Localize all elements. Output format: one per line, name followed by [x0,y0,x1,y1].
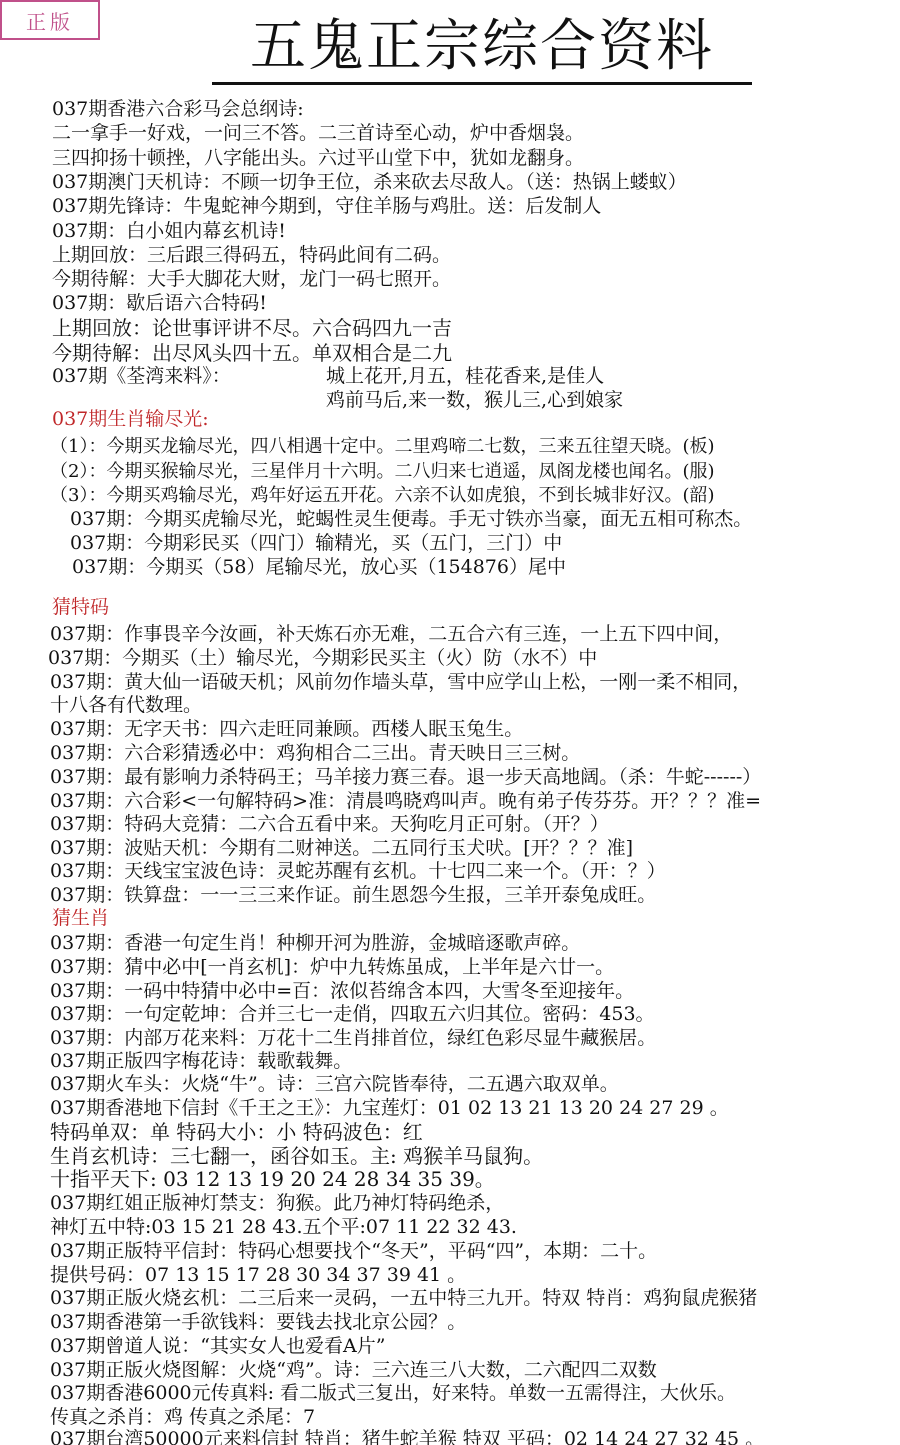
text-line: （3）：今期买鸡输尽光，鸡年好运五开花。六亲不认如虎狼，不到长城非好汉。(韶) [50,485,715,507]
text-line: 037期香港第一手欲钱料：要钱去找北京公园？。 [50,1311,466,1333]
section-heading: 猜特码 [52,596,109,618]
text-line: 037期：天线宝宝波色诗：灵蛇苏醒有玄机。十七四二来一个。（开：？） [50,860,666,882]
text-line: 037期：作事畏辛今汝画，补天炼石亦无难，二五合六有三连，一上五下四中间， [50,623,732,645]
text-line: 十指平天下: 03 12 13 19 20 24 28 34 35 39。 [50,1168,495,1190]
text-line: 037期澳门天机诗：不顾一切争王位，杀来砍去尽敌人。（送：热锅上蝼蚁） [52,171,687,193]
text-line: 037期正版特平信封：特码心想要找个“冬天”，平码“四”，本期：二十。 [50,1240,657,1262]
text-line: 037期台湾50000元来料信封 特肖：猪牛蛇羊猴 特双 平码：02 14 24… [50,1428,764,1445]
text-line: 二一拿手一好戏，一问三不答。二三首诗至心动，炉中香烟袅。 [52,122,584,144]
section-heading: 猜生肖 [52,907,109,929]
text-line: （2）：今期买猴输尽光，三星伴月十六明。二八归来七逍遥，凤阁龙楼也闻名。(服) [50,461,715,483]
text-line: 十八各有代数理。 [50,694,202,716]
text-line: 037期红姐正版神灯禁支：狗猴。此乃神灯特码绝杀， [50,1192,504,1214]
authentic-badge: 正版 [0,0,100,40]
text-line: 037期香港地下信封《千王之王》：九宝莲灯：01 02 13 21 13 20 … [50,1097,729,1119]
text-line: 037期先锋诗：牛鬼蛇神今期到，守住羊肠与鸡肚。送：后发制人 [52,195,601,217]
text-line: 037期：一句定乾坤：合并三七一走俏，四取五六归其位。密码：453。 [50,1003,655,1025]
text-line: 037期：猜中必中[一肖玄机]：炉中九转炼虽成，上半年是六廿一。 [50,956,614,978]
text-line: 037期正版火烧玄机：二三后来一灵码，一五中特三九开。特双 特肖：鸡狗鼠虎猴猪 [50,1287,757,1309]
text-line: 037期《荃湾来料》： [52,365,231,387]
text-line: 037期：六合彩<一句解特码>准：清晨鸣晓鸡叫声。晚有弟子传芬芬。开？？？准= [50,790,761,812]
text-line: 037期：内部万花来料：万花十二生肖排首位，绿红色彩尽显牛藏猴居。 [50,1027,656,1049]
text-line: 传真之杀肖：鸡 传真之杀尾：7 [50,1406,315,1428]
text-line: 今期待解：出尽风头四十五。单双相合是二九 [52,342,452,364]
text-line: 037期：今期彩民买（四门）输精光，买（五门，三门）中 [70,532,562,554]
text-line: 037期：一码中特猜中必中=百：浓似苔绵含本四，大雪冬至迎接年。 [50,980,634,1002]
text-line: 037期：今期买虎输尽光，蛇蝎性灵生便毒。手无寸铁亦当豪，面无五相可称杰。 [70,508,752,530]
text-line: 037期正版火烧图解：火烧“鸡”。诗：三六连三八大数，二六配四二双数 [50,1359,657,1381]
text-line: 037期曾道人说：“其实女人也爱看A片” [50,1335,385,1357]
text-line: 上期回放：论世事评讲不尽。六合码四九一吉 [52,317,452,339]
text-line: 037期：香港一句定生肖！种柳开河为胜游，金城暗逐歌声碎。 [50,932,580,954]
text-line: 神灯五中特:03 15 21 28 43.五个平:07 11 22 32 43. [50,1216,517,1238]
text-line: 037期：最有影响力杀特码王；马羊接力赛三春。退一步天高地阔。（杀：牛蛇----… [50,766,761,788]
text-line: 037期正版四字梅花诗：载歌载舞。 [50,1050,352,1072]
text-line: 提供号码：07 13 15 17 28 30 34 37 39 41 。 [50,1264,466,1286]
text-line: 三四抑扬十顿挫，八字能出头。六过平山堂下中，犹如龙翻身。 [52,147,584,169]
text-line: 鸡前马后,来一数，猴儿三,心到娘家 [326,389,623,411]
text-line: 037期：特码大竞猜：二六合五看中来。天狗吃月正可射。（开？） [50,813,609,835]
text-line: 城上花开,月五，桂花香来,是佳人 [326,365,604,387]
text-line: 037期：歇后语六合特码! [52,292,267,314]
text-line: 037期：白小姐内幕玄机诗! [52,220,286,242]
text-line: 特码单双：单 特码大小：小 特码波色：红 [50,1121,423,1143]
text-line: 上期回放：三后跟三得码五，特码此间有二码。 [52,244,451,266]
text-line: 037期：六合彩猜透必中：鸡狗相合二三出。青天映日三三树。 [50,742,580,764]
text-line: 037期：今期买（土）输尽光，今期彩民买主（火）防（水不）中 [48,647,597,669]
text-line: 037期：波贴天机：今期有二财神送。二五同行玉犬吠。[开？？？准] [50,837,633,859]
text-line: 037期：铁算盘：一一三三来作证。前生恩怨今生报，三羊开泰兔成旺。 [50,884,656,906]
text-line: 037期香港六合彩马会总纲诗: [52,98,304,120]
section-heading: 037期生肖输尽光: [52,408,209,430]
text-line: 生肖玄机诗：三七翻一，函谷如玉。主: 鸡猴羊马鼠狗。 [50,1145,543,1167]
text-line: 037期：今期买（58）尾输尽光，放心买（154876）尾中 [72,556,566,578]
text-line: 037期火车头：火烧“牛”。诗：三宫六院皆奉待，二五遇六取双单。 [50,1073,619,1095]
page-title: 五鬼正宗综合资料 [212,14,752,85]
text-line: 037期：无字天书：四六走旺同兼顾。西楼人眠玉兔生。 [50,718,523,740]
text-line: 037期香港6000元传真料: 看二版式三复出，好来特。单数一五需得注，大伙乐。 [50,1382,736,1404]
text-line: 今期待解：大手大脚花大财，龙门一码七照开。 [52,268,451,290]
text-line: 037期：黄大仙一语破天机；风前勿作墙头草，雪中应学山上松，一刚一柔不相同， [50,671,751,693]
text-line: （1）：今期买龙输尽光，四八相遇十定中。二里鸡啼二七数，三来五往望天晓。(板) [50,436,715,458]
